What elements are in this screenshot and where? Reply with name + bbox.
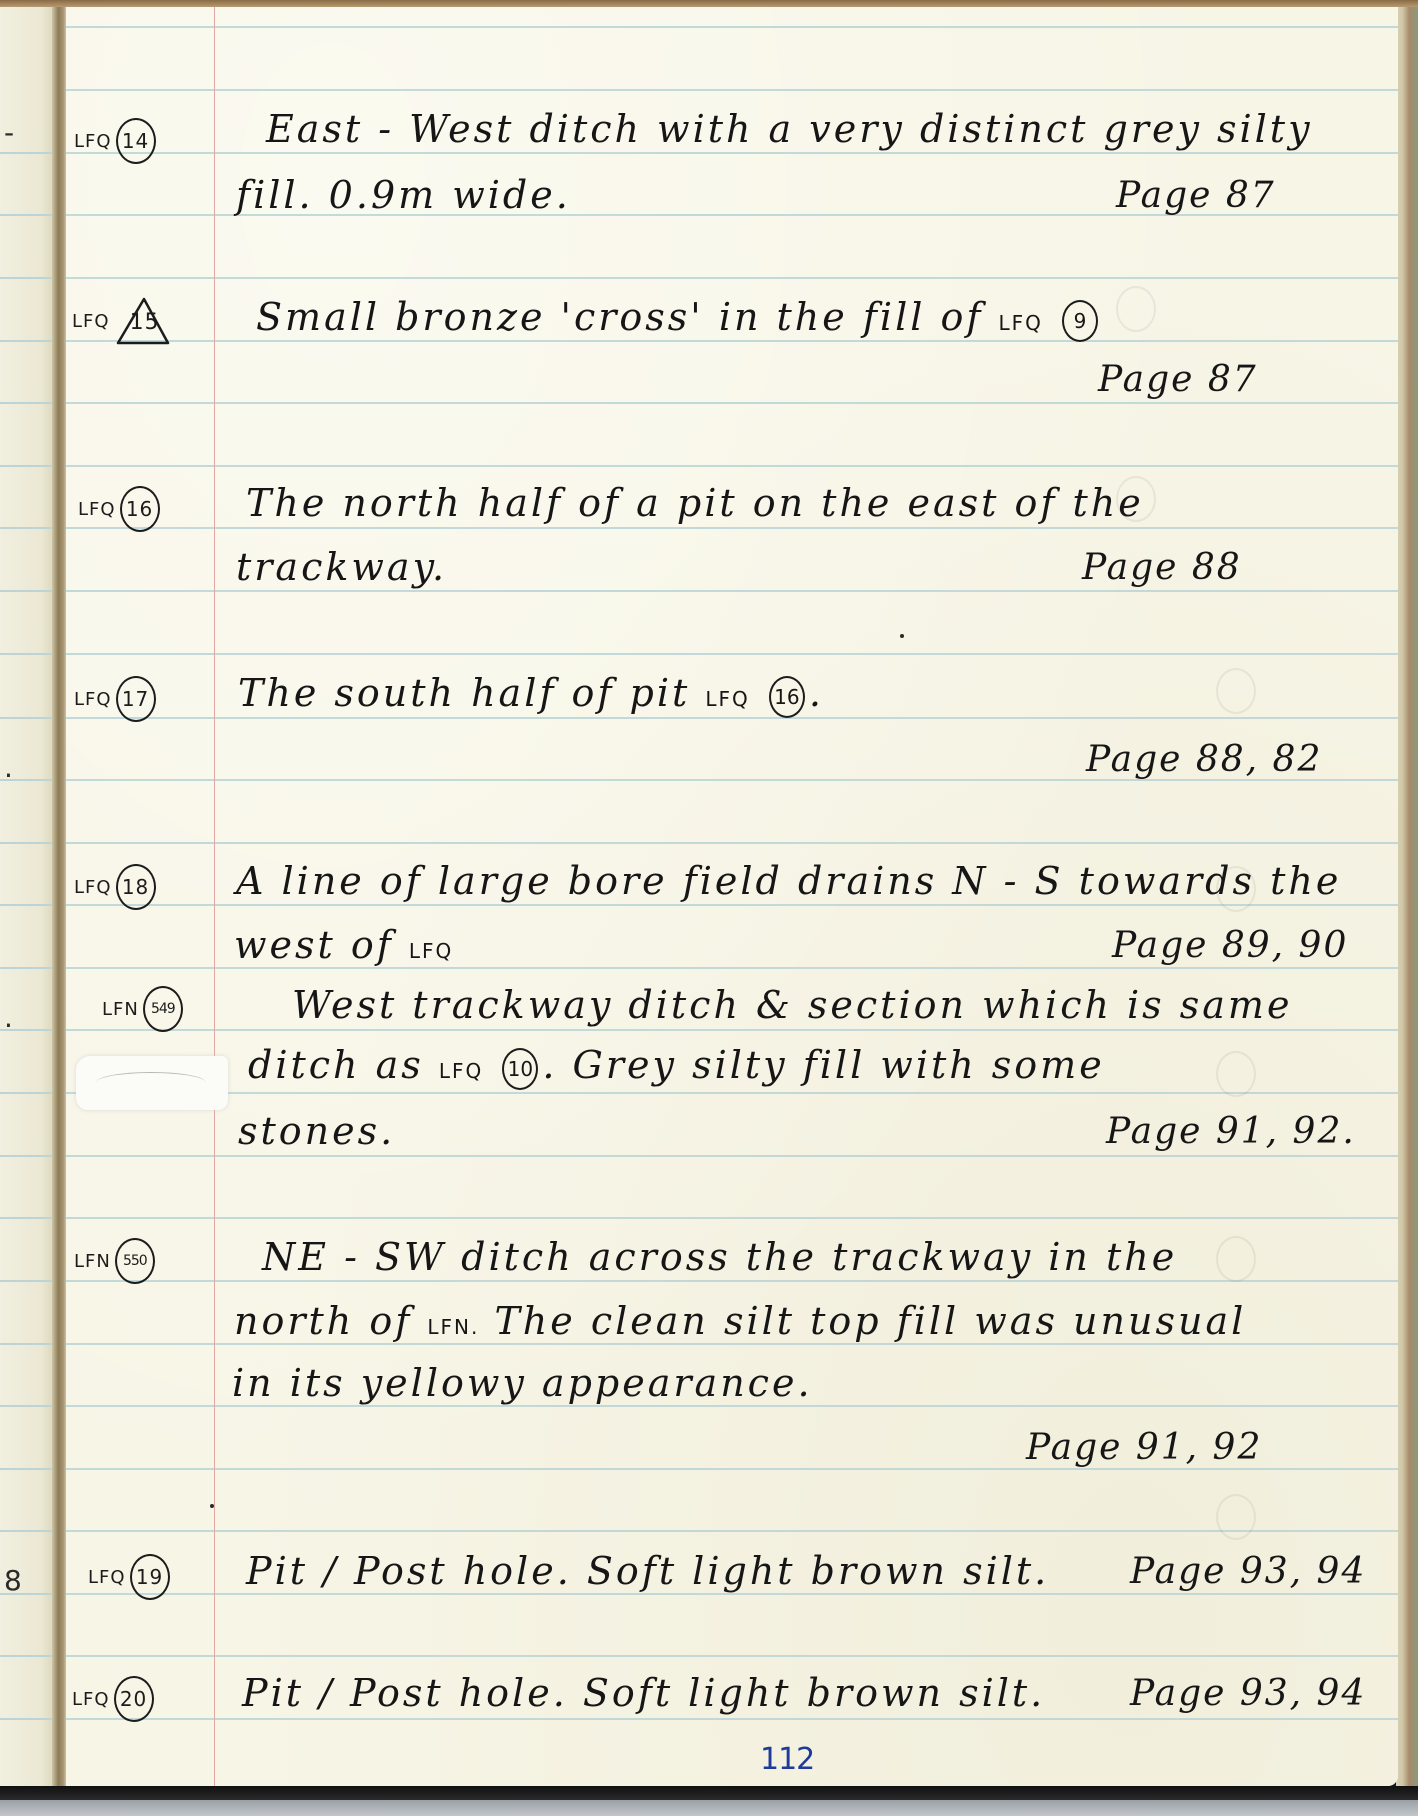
show-through-circle xyxy=(1216,1051,1256,1097)
ruled-line xyxy=(0,904,58,906)
context-number-circle: 18 xyxy=(116,864,156,910)
ruled-line xyxy=(0,967,58,969)
ruled-line xyxy=(66,590,1398,592)
context-number-circle: 14 xyxy=(116,118,156,164)
ruled-line xyxy=(0,1468,58,1470)
inline-context-circle: 10 xyxy=(502,1048,538,1090)
context-number-circle: 17 xyxy=(116,676,156,722)
inline-site-code: LFN. xyxy=(427,1315,479,1339)
page-reference: Page 93, 94 xyxy=(1130,1554,1366,1590)
entry-text: Grey silty fill with some xyxy=(573,1043,1105,1087)
scan-bed xyxy=(0,1800,1418,1816)
ruled-line xyxy=(66,967,1398,969)
inline-site-code: LFQ xyxy=(999,311,1043,335)
ruled-line xyxy=(0,465,58,467)
show-through-circle xyxy=(1216,668,1256,714)
entry-text: The clean silt top fill was unusual xyxy=(494,1299,1246,1343)
ruled-line xyxy=(66,1280,1398,1282)
entry-text-line: NE - SW ditch across the trackway in the xyxy=(262,1238,1177,1276)
find-number: 15 xyxy=(130,310,160,335)
context-number-circle: 550 xyxy=(115,1238,155,1284)
site-code: LFQ xyxy=(74,131,112,152)
entry-label-lfq-19: LFQ 19 xyxy=(88,1554,170,1600)
ruled-line xyxy=(0,402,58,404)
ruled-line xyxy=(0,1655,58,1657)
ruled-line xyxy=(66,1217,1398,1219)
facing-page-edge: - . . 8 xyxy=(0,6,58,1786)
find-number-triangle: 15 xyxy=(114,296,170,346)
entry-text-line: ditch as LFQ 10. Grey silty fill with so… xyxy=(248,1046,1105,1090)
ruled-line xyxy=(66,89,1398,91)
ruled-line xyxy=(0,1530,58,1532)
ruled-line xyxy=(0,1718,58,1720)
ruled-line xyxy=(0,1155,58,1157)
ruled-line xyxy=(66,465,1398,467)
notebook-page: LFQ 14 East - West ditch with a very dis… xyxy=(66,6,1398,1786)
entry-text-line: Small bronze 'cross' in the fill of LFQ … xyxy=(256,298,1102,342)
site-code: LFQ xyxy=(88,1567,126,1588)
site-code: LFN xyxy=(74,1251,111,1272)
site-code: LFQ xyxy=(74,877,112,898)
page-top-edge xyxy=(0,0,1418,7)
entry-text-line: trackway. xyxy=(236,548,447,586)
entry-label-lfq-20: LFQ 20 xyxy=(72,1676,154,1722)
ruled-line xyxy=(0,653,58,655)
ink-dot xyxy=(900,634,904,638)
entry-text-line: stones. xyxy=(238,1112,395,1150)
ruled-line xyxy=(66,402,1398,404)
ruled-line xyxy=(0,1217,58,1219)
entry-text-line: fill. 0.9m wide. xyxy=(236,176,571,214)
inline-site-code: LFQ xyxy=(409,939,453,963)
entry-text-line: west of LFQ xyxy=(234,926,453,964)
entry-text: north of xyxy=(234,1299,412,1343)
page-reference: Page 88 xyxy=(1082,550,1242,586)
entry-text-line: The south half of pit LFQ 16. xyxy=(238,674,824,718)
entry-text-line: north of LFN. The clean silt top fill wa… xyxy=(234,1302,1246,1340)
entry-text-line: A line of large bore field drains N - S … xyxy=(236,862,1341,900)
facing-page-mark: . xyxy=(4,1001,13,1034)
entry-label-lfq-18: LFQ 18 xyxy=(74,864,156,910)
page-reference: Page 87 xyxy=(1098,362,1258,398)
context-number-circle: 20 xyxy=(114,1676,154,1722)
entry-label-lfn-549: LFN 549 xyxy=(102,986,183,1032)
entry-label-lfq-14: LFQ 14 xyxy=(74,118,156,164)
ruled-line xyxy=(0,214,58,216)
ruled-line xyxy=(66,1655,1398,1657)
ink-dot xyxy=(210,1504,214,1508)
ruled-line xyxy=(0,1405,58,1407)
ruled-line xyxy=(66,904,1398,906)
show-through-circle xyxy=(1216,1236,1256,1282)
facing-page-mark: - xyxy=(4,116,14,149)
entry-text-line: The north half of a pit on the east of t… xyxy=(246,484,1144,522)
ruled-line xyxy=(0,1092,58,1094)
entry-text: The south half of pit xyxy=(238,671,690,715)
page-reference: Page 88, 82 xyxy=(1086,742,1322,778)
entry-text-line: in its yellowy appearance. xyxy=(232,1364,813,1402)
inline-site-code: LFQ xyxy=(439,1059,483,1083)
site-code: LFQ xyxy=(74,689,112,710)
site-code: LFQ xyxy=(72,1689,110,1710)
entry-label-lfn-550: LFN 550 xyxy=(74,1238,155,1284)
ruled-line xyxy=(0,1343,58,1345)
page-reference: Page 91, 92. xyxy=(1106,1114,1356,1150)
ruled-line xyxy=(0,340,58,342)
site-code: LFN xyxy=(102,999,139,1020)
entry-label-lfq-15: LFQ 15 xyxy=(72,296,170,346)
ruled-line xyxy=(0,1280,58,1282)
page-reference: Page 91, 92 xyxy=(1026,1430,1262,1466)
ruled-line xyxy=(66,653,1398,655)
page-reference: Page 93, 94 xyxy=(1130,1676,1366,1712)
entry-label-lfq-17: LFQ 17 xyxy=(74,676,156,722)
page-reference: Page 87 xyxy=(1116,178,1276,214)
site-code: LFQ xyxy=(78,499,116,520)
ruled-line xyxy=(0,277,58,279)
ruled-line xyxy=(66,1029,1398,1031)
page-bottom-shadow xyxy=(0,1786,1418,1800)
inline-context-circle: 16 xyxy=(769,676,805,718)
margin-line xyxy=(214,6,215,1786)
ruled-line xyxy=(66,277,1398,279)
ruled-line xyxy=(66,842,1398,844)
page-reference: Page 89, 90 xyxy=(1112,928,1348,964)
context-number-circle: 16 xyxy=(120,486,160,532)
ruled-line xyxy=(66,1092,1398,1094)
facing-page-mark: 8 xyxy=(4,1564,22,1597)
show-through-circle xyxy=(1116,286,1156,332)
ruled-line xyxy=(0,842,58,844)
context-number-circle: 19 xyxy=(130,1554,170,1600)
ruled-line xyxy=(0,527,58,529)
entry-text: Small bronze 'cross' in the fill of xyxy=(256,295,983,339)
page-number: 112 xyxy=(760,1742,814,1777)
ruled-line xyxy=(66,152,1398,154)
ruled-line xyxy=(66,527,1398,529)
ruled-line xyxy=(66,1468,1398,1470)
entry-text-line: Pit / Post hole. Soft light brown silt. xyxy=(246,1552,1049,1590)
correction-fluid-patch xyxy=(76,1056,228,1110)
show-through-circle xyxy=(1216,1494,1256,1540)
ruled-line xyxy=(66,1593,1398,1595)
ruled-line xyxy=(66,1405,1398,1407)
inline-site-code: LFQ xyxy=(705,687,749,711)
ruled-line xyxy=(0,717,58,719)
entry-label-lfq-16: LFQ 16 xyxy=(78,486,160,532)
ruled-line xyxy=(0,152,58,154)
entry-text: west of xyxy=(234,923,394,967)
entry-text-line: East - West ditch with a very distinct g… xyxy=(266,110,1313,148)
ruled-line xyxy=(66,26,1398,28)
inline-context-circle: 9 xyxy=(1062,300,1098,342)
ruled-line xyxy=(66,1718,1398,1720)
site-code: LFQ xyxy=(72,311,110,332)
ruled-line xyxy=(66,1530,1398,1532)
ruled-line xyxy=(66,1343,1398,1345)
notebook-cover-edge xyxy=(1396,0,1418,1790)
entry-text-line: West trackway ditch & section which is s… xyxy=(292,986,1292,1024)
entry-text-line: Pit / Post hole. Soft light brown silt. xyxy=(242,1674,1045,1712)
facing-page-mark: . xyxy=(4,751,13,784)
ruled-line xyxy=(66,1155,1398,1157)
ruled-line xyxy=(0,590,58,592)
context-number-circle: 549 xyxy=(143,986,183,1032)
entry-text: ditch as xyxy=(248,1043,424,1087)
